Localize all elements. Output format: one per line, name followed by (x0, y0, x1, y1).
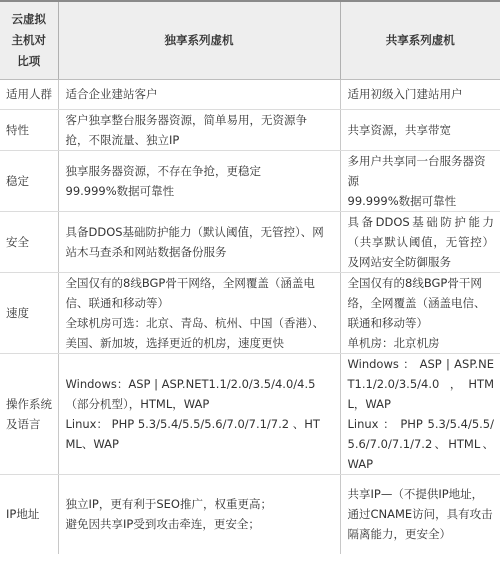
cell-text: 单机房：北京机房 (348, 333, 495, 353)
header-comparison-item: 云虚拟主机对比项 (0, 1, 58, 79)
dedicated-cell: 客户独享整台服务器资源，简单易用，无资源争抢，不限流量、独立IP (58, 109, 340, 150)
shared-cell: 共享资源，共享带宽 (340, 109, 500, 150)
cell-text: 独享服务器资源，不存在争抢，更稳定 (66, 161, 330, 181)
cell-text: 全国仅有的8线BGP骨干网络，全网覆盖（涵盖电信、联通和移动等） (66, 273, 330, 313)
shared-cell: 适用初级入门建站用户 (340, 79, 500, 109)
cell-text: Windows ： ASP | ASP.NET1.1/2.0/3.5/4.0 ，… (348, 354, 495, 414)
cell-text: 避免因共享IP受到攻击牵连，更安全； (66, 514, 330, 534)
header-row: 云虚拟主机对比项 独享系列虚机 共享系列虚机 (0, 1, 500, 79)
row-label: 速度 (0, 272, 58, 353)
row-label: IP地址 (0, 474, 58, 554)
shared-cell: 具备DDOS基础防护能力（共享默认阈值，无管控）及网站安全防御服务 (340, 211, 500, 272)
cell-text: Linux ： PHP 5.3/5.4/5.5/5.6/7.0/7.1/7.2、… (348, 414, 495, 474)
shared-cell: 全国仅有的8线BGP骨干网络，全网覆盖（涵盖电信、联通和移动等） 单机房：北京机… (340, 272, 500, 353)
row-label: 稳定 (0, 150, 58, 211)
row-label: 特性 (0, 109, 58, 150)
shared-cell: Windows ： ASP | ASP.NET1.1/2.0/3.5/4.0 ，… (340, 353, 500, 474)
cell-text: 全国仅有的8线BGP骨干网络，全网覆盖（涵盖电信、联通和移动等） (348, 273, 495, 333)
row-label: 安全 (0, 211, 58, 272)
dedicated-cell: 适合企业建站客户 (58, 79, 340, 109)
cell-text: Windows：ASP | ASP.NET1.1/2.0/3.5/4.0/4.5… (66, 374, 330, 414)
cell-text: 共享IP—（不提供IP地址，通过CNAME访问，具有攻击隔离能力，更安全） (348, 484, 495, 544)
dedicated-cell: 独立IP，更有利于SEO推广，权重更高； 避免因共享IP受到攻击牵连，更安全； (58, 474, 340, 554)
dedicated-cell: 全国仅有的8线BGP骨干网络，全网覆盖（涵盖电信、联通和移动等） 全球机房可选：… (58, 272, 340, 353)
cell-text: 客户独享整台服务器资源，简单易用，无资源争抢，不限流量、独立IP (66, 110, 330, 150)
table-row: 操作系统及语言 Windows：ASP | ASP.NET1.1/2.0/3.5… (0, 353, 500, 474)
header-shared: 共享系列虚机 (340, 1, 500, 79)
table-row: 适用人群 适合企业建站客户 适用初级入门建站用户 (0, 79, 500, 109)
table-row: 速度 全国仅有的8线BGP骨干网络，全网覆盖（涵盖电信、联通和移动等） 全球机房… (0, 272, 500, 353)
row-label: 操作系统及语言 (0, 353, 58, 474)
cell-text: 适合企业建站客户 (66, 84, 330, 104)
cell-text: 99.999%数据可靠性 (348, 191, 495, 211)
cell-text: 全球机房可选：北京、青岛、杭州、中国（香港）、美国、新加坡，选择更近的机房，速度… (66, 313, 330, 353)
dedicated-cell: 具备DDOS基础防护能力（默认阈值，无管控）、网站木马查杀和网站数据备份服务 (58, 211, 340, 272)
dedicated-cell: 独享服务器资源，不存在争抢，更稳定 99.999%数据可靠性 (58, 150, 340, 211)
cell-text: 共享资源，共享带宽 (348, 120, 495, 140)
comparison-table: 云虚拟主机对比项 独享系列虚机 共享系列虚机 适用人群 适合企业建站客户 适用初… (0, 0, 500, 554)
cell-text: 适用初级入门建站用户 (348, 84, 495, 104)
cell-text: 多用户共享同一台服务器资源 (348, 151, 495, 191)
table-row: 稳定 独享服务器资源，不存在争抢，更稳定 99.999%数据可靠性 多用户共享同… (0, 150, 500, 211)
shared-cell: 共享IP—（不提供IP地址，通过CNAME访问，具有攻击隔离能力，更安全） (340, 474, 500, 554)
table-row: 特性 客户独享整台服务器资源，简单易用，无资源争抢，不限流量、独立IP 共享资源… (0, 109, 500, 150)
cell-text: 具备DDOS基础防护能力（共享默认阈值，无管控）及网站安全防御服务 (348, 212, 495, 272)
cell-text: Linux： PHP 5.3/5.4/5.5/5.6/7.0/7.1/7.2 、… (66, 414, 330, 454)
dedicated-cell: Windows：ASP | ASP.NET1.1/2.0/3.5/4.0/4.5… (58, 353, 340, 474)
cell-text: 具备DDOS基础防护能力（默认阈值，无管控）、网站木马查杀和网站数据备份服务 (66, 222, 330, 262)
header-dedicated: 独享系列虚机 (58, 1, 340, 79)
cell-text: 99.999%数据可靠性 (66, 181, 330, 201)
row-label: 适用人群 (0, 79, 58, 109)
table-row: IP地址 独立IP，更有利于SEO推广，权重更高； 避免因共享IP受到攻击牵连，… (0, 474, 500, 554)
cell-text: 独立IP，更有利于SEO推广，权重更高； (66, 494, 330, 514)
table-row: 安全 具备DDOS基础防护能力（默认阈值，无管控）、网站木马查杀和网站数据备份服… (0, 211, 500, 272)
shared-cell: 多用户共享同一台服务器资源 99.999%数据可靠性 (340, 150, 500, 211)
